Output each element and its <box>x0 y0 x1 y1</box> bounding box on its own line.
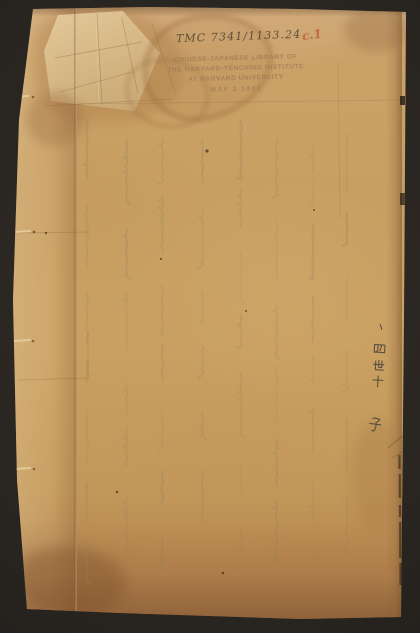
side-note-handwriting <box>372 324 386 387</box>
manuscript-cover: CHINESE-JAPANESE LIBRARY OF THE HARVARD-… <box>0 0 420 633</box>
photograph-of-manuscript: CHINESE-JAPANESE LIBRARY OF THE HARVARD-… <box>0 0 420 633</box>
page-edge-marks <box>400 96 406 585</box>
paper-specks <box>45 149 315 574</box>
binding-stitches <box>14 96 35 471</box>
ghost-manchu-script <box>84 120 348 592</box>
copy-number-mark: c.1 <box>301 27 323 44</box>
side-mark-handwriting <box>369 418 382 432</box>
library-stamp: CHINESE-JAPANESE LIBRARY OF THE HARVARD-… <box>149 52 322 98</box>
